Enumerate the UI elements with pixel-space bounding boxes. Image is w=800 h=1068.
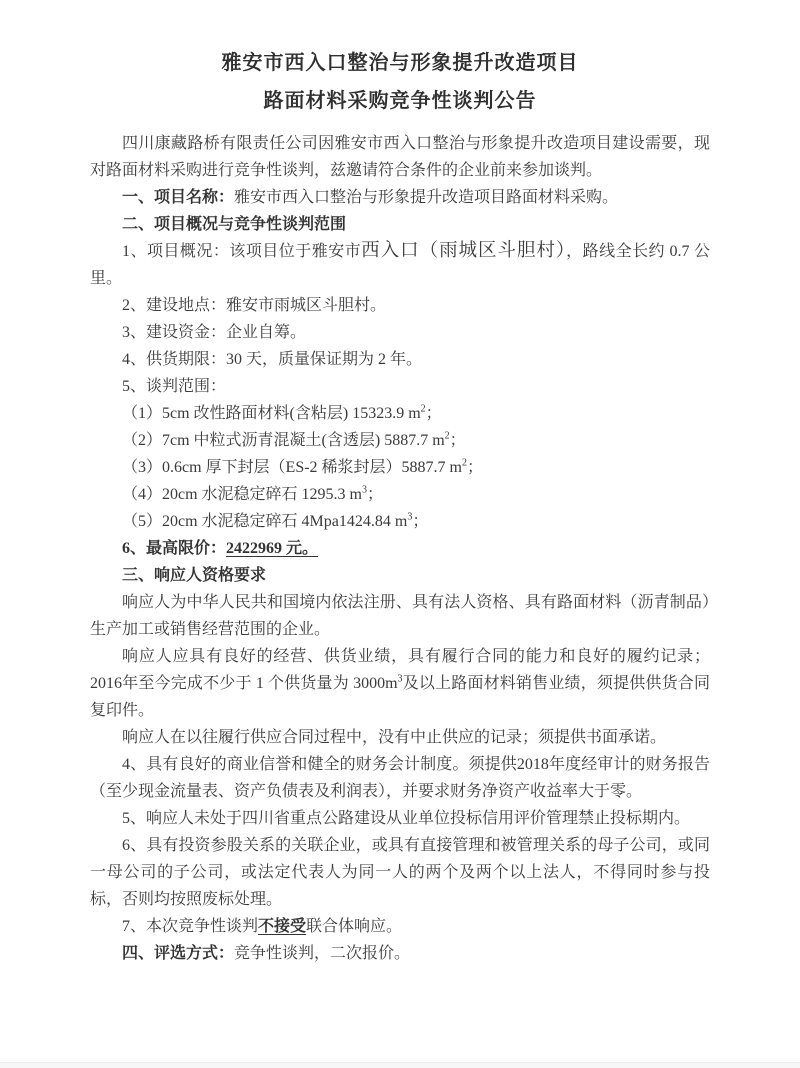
document-title-line1: 雅安市西入口整治与形象提升改造项目: [90, 44, 710, 82]
paragraph: 三、响应人资格要求: [90, 562, 710, 589]
text-run: 4、具有良好的商业信誉和健全的财务会计制度。须提供2018年度经审计的财务报告（…: [90, 756, 710, 800]
paragraph: 6、最高限价：2422969 元。: [90, 535, 710, 562]
paragraph: 2、建设地点：雅安市雨城区斗胆村。: [90, 292, 710, 319]
document-title-block: 雅安市西入口整治与形象提升改造项目 路面材料采购竞争性谈判公告: [90, 44, 710, 120]
document-body: 四川康藏路桥有限责任公司因雅安市西入口整治与形象提升改造项目建设需要，现对路面材…: [90, 130, 710, 967]
text-run: 联合体响应。: [306, 918, 402, 935]
text-run: 2、建设地点：雅安市雨城区斗胆村。: [122, 297, 386, 314]
text-run: 6、最高限价：: [122, 540, 226, 557]
text-run: 5、响应人未处于四川省重点公路建设从业单位投标信用评价管理禁止投标期内。: [122, 810, 690, 827]
text-run: 三、响应人资格要求: [122, 567, 266, 584]
paragraph: （3）0.6cm 厚下封层（ES-2 稀浆封层）5887.7 m2；: [90, 454, 710, 481]
text-run: （3）0.6cm 厚下封层（ES-2 稀浆封层）5887.7 m: [122, 459, 462, 476]
paragraph: 1、项目概况：该项目位于雅安市西入口（雨城区斗胆村），路线全长约 0.7 公里。: [90, 238, 710, 292]
text-run: 6、具有投资参股关系的关联企业，或具有直接管理和被管理关系的母子公司，或同一母公…: [90, 837, 710, 908]
text-run: 二、项目概况与竞争性谈判范围: [122, 216, 346, 233]
paragraph: 一、项目名称：雅安市西入口整治与形象提升改造项目路面材料采购。: [90, 184, 710, 211]
text-run: 雅安市西入口整治与形象提升改造项目路面材料采购。: [234, 189, 618, 206]
text-run: 四、评选方式：: [122, 945, 234, 962]
paragraph: 5、响应人未处于四川省重点公路建设从业单位投标信用评价管理禁止投标期内。: [90, 805, 710, 832]
text-run: 四川康藏路桥有限责任公司因雅安市西入口整治与形象提升改造项目建设需要，现对路面材…: [90, 135, 710, 179]
document-page: 雅安市西入口整治与形象提升改造项目 路面材料采购竞争性谈判公告 四川康藏路桥有限…: [0, 0, 800, 1068]
text-run: ；: [367, 486, 383, 503]
paragraph: （2）7cm 中粒式沥青混凝土(含透层) 5887.7 m2；: [90, 427, 710, 454]
text-run: 3、建设资金：企业自筹。: [122, 324, 306, 341]
text-run: （4）20cm 水泥稳定碎石 1295.3 m: [122, 486, 362, 503]
text-run: 7、本次竞争性谈判: [122, 918, 258, 935]
text-run: ；: [426, 405, 442, 422]
text-run: 西入口（雨城区斗胆村）: [361, 241, 566, 261]
text-run: 响应人为中华人民共和国境内依法注册、具有法人资格、具有路面材料（沥青制品）生产加…: [90, 594, 710, 638]
paragraph: 响应人为中华人民共和国境内依法注册、具有法人资格、具有路面材料（沥青制品）生产加…: [90, 589, 710, 643]
text-run: 1、项目概况：该项目位于雅安市: [122, 243, 361, 260]
text-run: 响应人在以往履行供应合同过程中，没有中止供应的记录；须提供书面承诺。: [122, 729, 666, 746]
text-run: （1）5cm 改性路面材料(含粘层) 15323.9 m: [122, 405, 421, 422]
paragraph: 5、谈判范围：: [90, 373, 710, 400]
text-run: 一、项目名称：: [122, 189, 234, 206]
text-run: 5、谈判范围：: [122, 378, 226, 395]
paragraph: 响应人应具有良好的经营、供货业绩，具有履行合同的能力和良好的履约记录；2016年…: [90, 643, 710, 724]
paragraph: （4）20cm 水泥稳定碎石 1295.3 m3；: [90, 481, 710, 508]
paragraph: 四、评选方式：竞争性谈判，二次报价。: [90, 940, 710, 967]
text-run: （5）20cm 水泥稳定碎石 4Mpa1424.84 m: [122, 513, 407, 530]
text-run: （2）7cm 中粒式沥青混凝土(含透层) 5887.7 m: [122, 432, 445, 449]
text-run: ；: [450, 432, 466, 449]
text-run: 2422969 元。: [226, 540, 318, 557]
paragraph: 4、具有良好的商业信誉和健全的财务会计制度。须提供2018年度经审计的财务报告（…: [90, 751, 710, 805]
paragraph: 3、建设资金：企业自筹。: [90, 319, 710, 346]
text-run: 4、供货期限：30 天，质量保证期为 2 年。: [122, 351, 422, 368]
paragraph: 二、项目概况与竞争性谈判范围: [90, 211, 710, 238]
text-run: 不接受: [258, 918, 306, 935]
text-run: 竞争性谈判，二次报价。: [234, 945, 410, 962]
paragraph: （5）20cm 水泥稳定碎石 4Mpa1424.84 m3；: [90, 508, 710, 535]
paragraph: 7、本次竞争性谈判不接受联合体响应。: [90, 913, 710, 940]
paragraph: 4、供货期限：30 天，质量保证期为 2 年。: [90, 346, 710, 373]
paragraph: 响应人在以往履行供应合同过程中，没有中止供应的记录；须提供书面承诺。: [90, 724, 710, 751]
paragraph: 6、具有投资参股关系的关联企业，或具有直接管理和被管理关系的母子公司，或同一母公…: [90, 832, 710, 913]
paragraph: （1）5cm 改性路面材料(含粘层) 15323.9 m2；: [90, 400, 710, 427]
text-run: ；: [412, 513, 428, 530]
document-title-line2: 路面材料采购竞争性谈判公告: [90, 82, 710, 120]
page-bottom-edge: [0, 1062, 800, 1068]
text-run: ；: [467, 459, 483, 476]
paragraph: 四川康藏路桥有限责任公司因雅安市西入口整治与形象提升改造项目建设需要，现对路面材…: [90, 130, 710, 184]
